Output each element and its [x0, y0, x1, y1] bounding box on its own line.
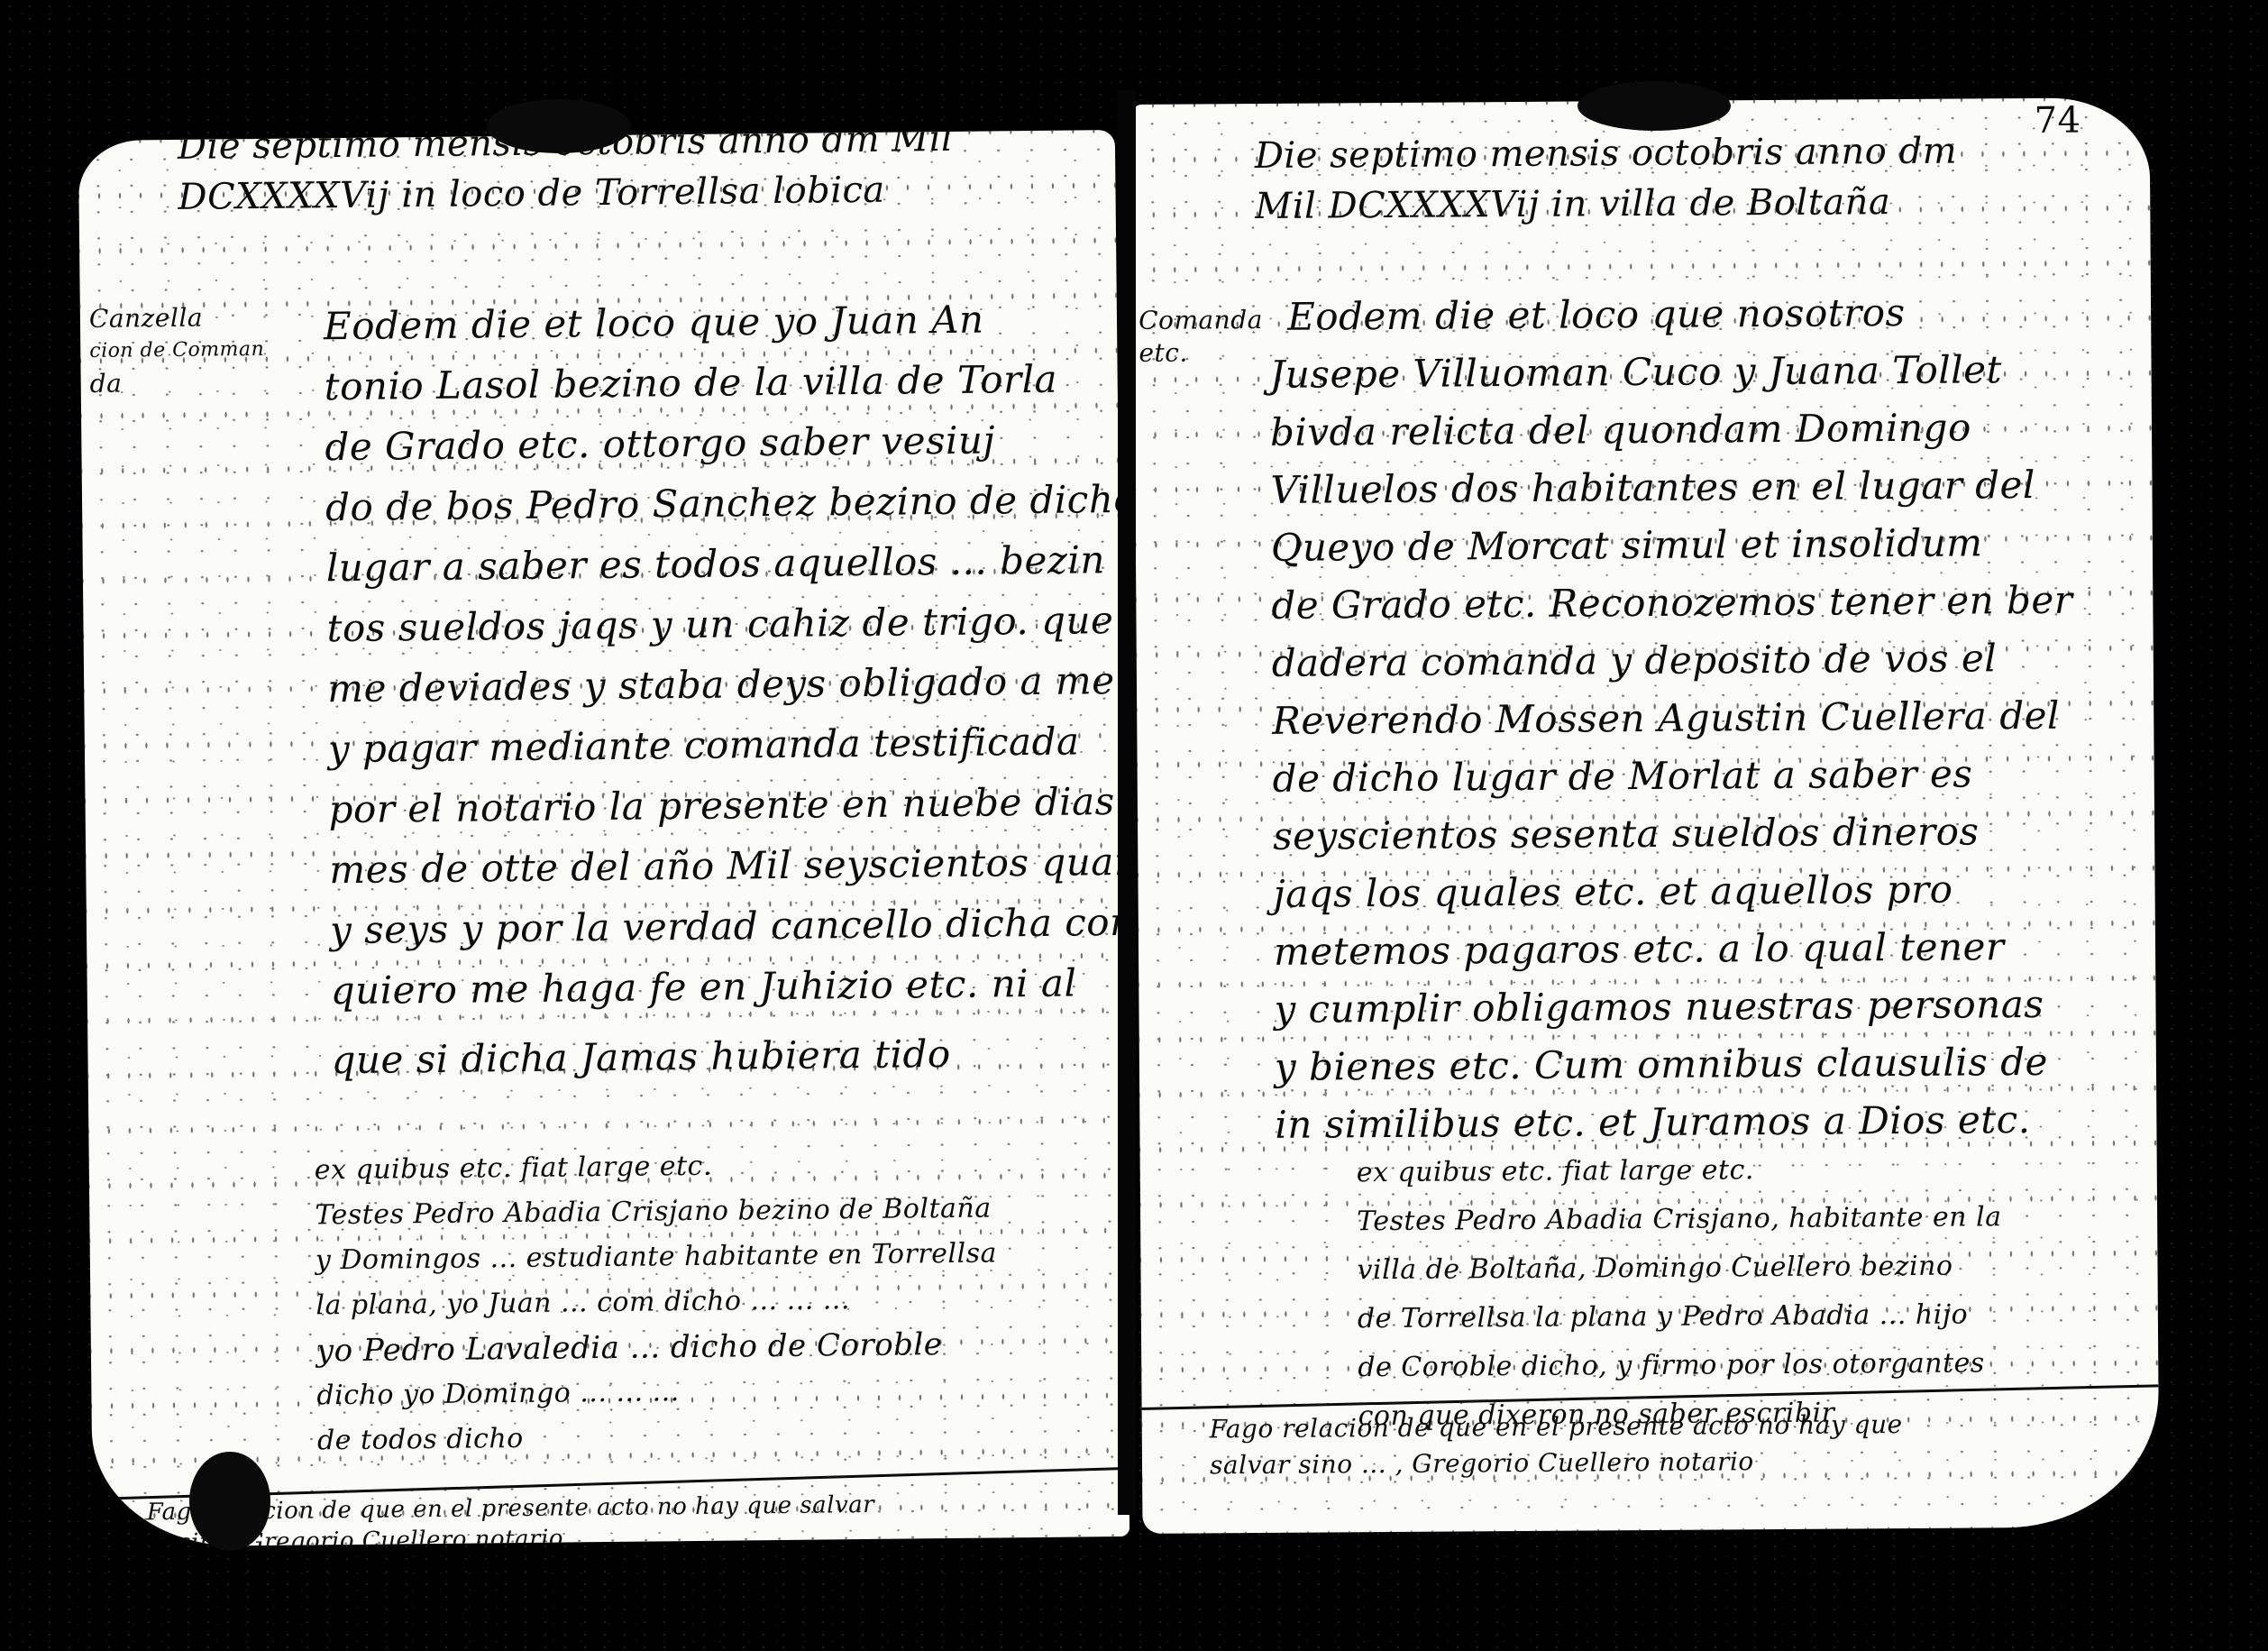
left-page: Die septimo mensis octobris anno dm Mil … — [78, 130, 1129, 1547]
left-body: Eodem die et loco que yo Juan An tonio L… — [324, 287, 1129, 1091]
ink-stain — [487, 99, 631, 153]
witness-line: villa de Boltaña, Domingo Cuellero bezin… — [1357, 1242, 2002, 1295]
witness-header: ex quibus etc. fiat large etc. — [315, 1141, 997, 1193]
witness-line: dicho yo Domingo ... ... ... — [316, 1366, 999, 1418]
body-line: bivda relicta del quondam Domingo — [1270, 399, 2071, 462]
body-line: lugar a saber es todos aquellos ... bezi… — [325, 528, 1129, 599]
body-line: metemos pagaros etc. a lo qual tener — [1274, 918, 2075, 981]
body-line: dadera comanda y deposito de vos el — [1272, 629, 2073, 693]
footer-line: Fago relacion de que en el presente acto… — [1210, 1407, 1903, 1447]
body-line: que si dicha Jamas hubiera tido — [331, 1021, 1129, 1091]
right-page: 74 Die septimo mensis octobris anno dm M… — [1132, 97, 2159, 1534]
margin-note-line: Canzella — [89, 301, 264, 335]
left-heading-line: DCXXXXVij in loco de Torrellsa lobica — [178, 164, 954, 223]
body-line: mes de otte del año Mil seyscientos quar… — [329, 830, 1129, 901]
body-line: y bienes etc. Cum omnibus clausulis de — [1275, 1033, 2076, 1096]
left-witnesses: ex quibus etc. fiat large etc. Testes Pe… — [315, 1141, 1000, 1463]
witness-line: y Domingos ... estudiante habitante en T… — [316, 1231, 998, 1283]
body-line: do de bos Pedro Sanchez bezino de dicho — [325, 468, 1129, 538]
right-heading-line: Mil DCXXXXVij in villa de Boltaña — [1255, 177, 1958, 232]
body-line: de dicho lugar de Morlat a saber es — [1272, 745, 2073, 808]
book-gutter — [1118, 90, 1136, 1515]
body-line: Villuelos dos habitantes en el lugar del — [1270, 456, 2071, 519]
body-line: y cumplir obligamos nuestras personas — [1274, 976, 2075, 1039]
body-line: por el notario la presente en nuebe dias… — [328, 770, 1129, 840]
body-line: y pagar mediante comanda testificada — [328, 710, 1130, 780]
witness-line: de todos dicho — [317, 1411, 1000, 1463]
body-line: Eodem die et loco que yo Juan An — [324, 287, 1129, 357]
witness-line: la plana, yo Juan ... com dicho ... ... … — [316, 1276, 998, 1328]
body-line: de Grado etc. Reconozemos tener en ber — [1271, 572, 2072, 635]
witness-line: Testes Pedro Abadia Crisjano bezino de B… — [315, 1186, 997, 1238]
witness-line: Testes Pedro Abadia Crisjano, habitante … — [1357, 1193, 2002, 1246]
right-margin-note: Comanda etc. — [1139, 304, 1263, 370]
witness-line: yo Pedro Lavaledia ... dicho de Coroble — [316, 1321, 999, 1373]
left-margin-note: Canzella cion de Comman da — [89, 301, 265, 400]
right-footer: Fago relacion de que en el presente acto… — [1210, 1407, 1903, 1483]
body-line: tos sueldos jaqs y un cahiz de trigo. qu… — [326, 589, 1129, 659]
margin-note-line: da — [90, 366, 265, 400]
footer-line: salvar sino ... , Gregorio Cuellero nota… — [1210, 1443, 1903, 1483]
ink-stain — [189, 1452, 270, 1551]
margin-note-line: cion de Comman — [89, 334, 264, 368]
body-line: jaqs los quales etc. et aquellos pro — [1273, 860, 2074, 923]
margin-note-line: etc. — [1139, 336, 1263, 370]
body-line: Reverendo Mossen Agustin Cuellera del — [1272, 687, 2073, 750]
body-line: Jusepe Villuoman Cuco y Juana Tollet — [1269, 341, 2071, 404]
body-line: me deviades y staba deys obligado a me d… — [327, 649, 1129, 720]
right-heading-line: Die septimo mensis octobris anno dm — [1255, 126, 1958, 181]
body-line: de Grado etc. ottorgo saber vesiuj — [325, 408, 1129, 478]
witness-line: de Coroble dicho, y firmo por los otorga… — [1358, 1339, 2003, 1392]
right-body: Eodem die et loco que nosotros Jusepe Vi… — [1269, 283, 2077, 1154]
right-heading: Die septimo mensis octobris anno dm Mil … — [1255, 126, 1958, 232]
witness-header: ex quibus etc. fiat large etc. — [1357, 1144, 2002, 1197]
body-line: seyscientos sesenta sueldos dineros — [1273, 803, 2074, 866]
body-line: tonio Lasol bezino de la villa de Torla — [324, 347, 1129, 417]
ink-stain — [1578, 81, 1731, 131]
body-line: Queyo de Morcat simul et insolidum — [1271, 514, 2072, 577]
witness-line: de Torrellsa la plana y Pedro Abadia ...… — [1358, 1290, 2003, 1344]
margin-note-line: Comanda — [1139, 304, 1263, 337]
body-line: y seys y por la verdad cancello dicha co… — [330, 891, 1129, 961]
body-line: quiero me haga fe en Juhizio etc. ni al — [330, 951, 1129, 1022]
page-number: 74 — [2034, 100, 2081, 142]
body-line: Eodem die et loco que nosotros — [1269, 283, 2071, 346]
